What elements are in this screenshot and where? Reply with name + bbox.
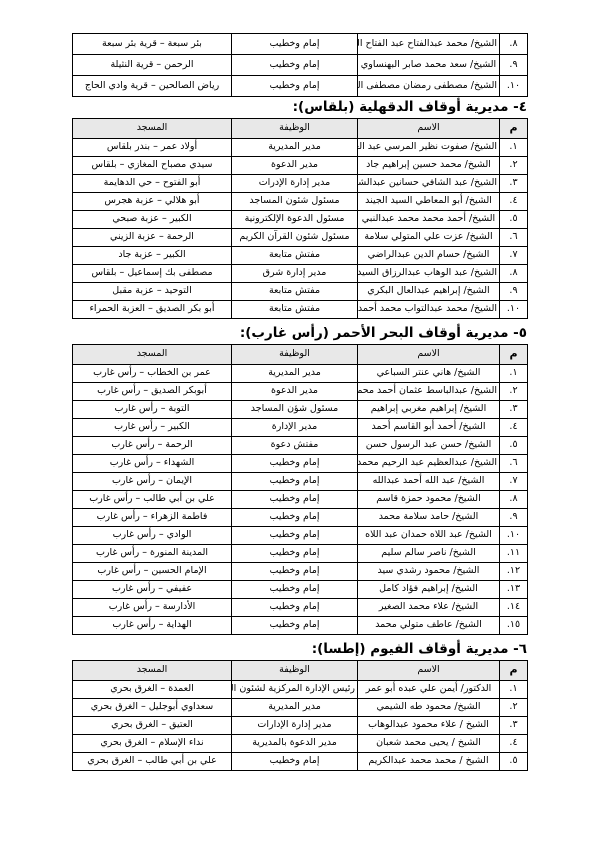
table-row: ٢.الشيخ/ محمد حسين إبراهيم جادمدير الدعو… xyxy=(73,157,528,175)
section-dakahlia-heading: ٤- مديرية أوقاف الدقهلية (بلقاس): xyxy=(72,99,527,115)
cell-name: الشيخ/ أحمد محمد محمد عبدالنبي xyxy=(358,211,500,229)
cell-job: مدير الدعوة بالمديرية xyxy=(232,735,358,753)
cell-mosque: الرحمة – عزبة الزيني xyxy=(73,229,232,247)
cell-job: مدير المديرية xyxy=(232,699,358,717)
cell-job: إمام وخطيب xyxy=(232,34,358,55)
cell-num: ٤. xyxy=(500,419,528,437)
cell-name: الشيخ/ عبد اللاه حمدان عبد اللاه xyxy=(358,527,500,545)
continuation-table: ٨.الشيخ/ محمد عبدالفتاح عبد الفتاح الجمل… xyxy=(72,33,528,97)
cell-num: ٥. xyxy=(500,753,528,771)
column-header-num: م xyxy=(500,661,528,681)
cell-name: الشيخ / يحيى محمد شعبان xyxy=(358,735,500,753)
column-header-mosque: المسجد xyxy=(73,661,232,681)
table-row: ٨.الشيخ/ محمود حمزة قاسمإمام وخطيبعلي بن… xyxy=(73,491,528,509)
cell-mosque: أولاد عمر – بندر بلقاس xyxy=(73,139,232,157)
cell-mosque: أبوبكر الصديق – رأس غارب xyxy=(73,383,232,401)
cell-name: الشيخ / علاء محمود عبدالوهاب xyxy=(358,717,500,735)
column-header-name: الاسم xyxy=(358,661,500,681)
cell-mosque: الإيمان – رأس غارب xyxy=(73,473,232,491)
table-row: ٣.الشيخ/ إبراهيم مغربي إبراهيممسئول شؤن … xyxy=(73,401,528,419)
cell-num: ١٠. xyxy=(500,76,528,97)
cell-num: ٥. xyxy=(500,211,528,229)
cell-num: ٣. xyxy=(500,717,528,735)
table-row: ٣.الشيخ/ عبد الشافي حسانين عبدالشافيمدير… xyxy=(73,175,528,193)
column-header-job: الوظيفة xyxy=(232,119,358,139)
cell-job: مدير إدارة الإدارات xyxy=(232,717,358,735)
cell-mosque: الإمام الحسين – رأس غارب xyxy=(73,563,232,581)
cell-job: مفتش متابعة xyxy=(232,283,358,301)
cell-mosque: التوبة – رأس غارب xyxy=(73,401,232,419)
cell-num: ١٣. xyxy=(500,581,528,599)
table-row: ١٠.الشيخ/ محمد عبدالتواب محمد أحمدمفتش م… xyxy=(73,301,528,319)
cell-name: الشيخ/ عبدالباسط عثمان أحمد محمد xyxy=(358,383,500,401)
cell-job: إمام وخطيب xyxy=(232,455,358,473)
cell-num: ٣. xyxy=(500,401,528,419)
cell-job: مدير الدعوة xyxy=(232,157,358,175)
table-row: ٥.الشيخ/ أحمد محمد محمد عبدالنبيمسئول ال… xyxy=(73,211,528,229)
cell-mosque: المدينة المنورة – رأس غارب xyxy=(73,545,232,563)
section-red-sea-table: م الاسم الوظيفة المسجد ١.الشيخ/ هاني عنت… xyxy=(72,344,528,635)
cell-name: الشيخ/ مصطفى رمضان مصطفى العراقي xyxy=(358,76,500,97)
cell-name: الشيخ / محمد محمد عبدالكريم xyxy=(358,753,500,771)
cell-num: ٩. xyxy=(500,55,528,76)
document-page: ٨.الشيخ/ محمد عبدالفتاح عبد الفتاح الجمل… xyxy=(0,0,595,771)
cell-name: الشيخ/ صفوت نظير المرسي عبد العزيز xyxy=(358,139,500,157)
table-row: ٧.الشيخ/ عبد الله أحمد عبداللهإمام وخطيب… xyxy=(73,473,528,491)
cell-job: إمام وخطيب xyxy=(232,545,358,563)
column-header-num: م xyxy=(500,345,528,365)
cell-name: الشيخ/ هاني عنتر السباعي xyxy=(358,365,500,383)
cell-name: الشيخ/ عبد الشافي حسانين عبدالشافي xyxy=(358,175,500,193)
cell-name: الشيخ/ عبد الله أحمد عبدالله xyxy=(358,473,500,491)
cell-name: الدكتور/ أيمن علي عبده أبو عمر xyxy=(358,681,500,699)
cell-num: ١١. xyxy=(500,545,528,563)
cell-job: إمام وخطيب xyxy=(232,509,358,527)
cell-name: الشيخ/ عزت علي المتولي سلامة xyxy=(358,229,500,247)
section-fayoum-heading: ٦- مديرية أوقاف الفيوم (إطسا): xyxy=(72,641,527,657)
table-row: ٨.الشيخ/ عبد الوهاب عبدالرزاق السيدمدير … xyxy=(73,265,528,283)
cell-num: ١. xyxy=(500,139,528,157)
column-header-name: الاسم xyxy=(358,119,500,139)
cell-job: إمام وخطيب xyxy=(232,599,358,617)
cell-job: إمام وخطيب xyxy=(232,491,358,509)
column-header-mosque: المسجد xyxy=(73,345,232,365)
cell-name: الشيخ/ محمد عبدالتواب محمد أحمد xyxy=(358,301,500,319)
cell-job: إمام وخطيب xyxy=(232,581,358,599)
cell-job: مدير الدعوة xyxy=(232,383,358,401)
section-fayoum-table: م الاسم الوظيفة المسجد ١.الدكتور/ أيمن ع… xyxy=(72,660,528,771)
cell-mosque: الكبير – عزبة جاد xyxy=(73,247,232,265)
section-fayoum-table-body: ١.الدكتور/ أيمن علي عبده أبو عمررئيس الإ… xyxy=(73,681,528,771)
cell-name: الشيخ/ عبد الوهاب عبدالرزاق السيد xyxy=(358,265,500,283)
table-row: ٦.الشيخ/ عبدالعظيم عبد الرحيم محمدإمام و… xyxy=(73,455,528,473)
table-row: ٢.الشيخ/ محمود طه الشيميمدير المديريةسعد… xyxy=(73,699,528,717)
table-row: ٨.الشيخ/ محمد عبدالفتاح عبد الفتاح الجمل… xyxy=(73,34,528,55)
table-row: ١٠.الشيخ/ عبد اللاه حمدان عبد اللاهإمام … xyxy=(73,527,528,545)
cell-num: ١٤. xyxy=(500,599,528,617)
cell-num: ١. xyxy=(500,365,528,383)
table-row: ٥.الشيخ/ حسن عبد الرسول حسنمفتش دعوةالرح… xyxy=(73,437,528,455)
cell-name: الشيخ/ حسن عبد الرسول حسن xyxy=(358,437,500,455)
cell-name: الشيخ/ إبراهيم عبدالعال البكري xyxy=(358,283,500,301)
table-row: ٤.الشيخ/ أبو المعاطي السيد الجيندمسئول ش… xyxy=(73,193,528,211)
cell-num: ٢. xyxy=(500,383,528,401)
table-header-row: م الاسم الوظيفة المسجد xyxy=(73,345,528,365)
cell-name: الشيخ/ حسام الدين عبدالراضي xyxy=(358,247,500,265)
table-row: ١٢.الشيخ/ محمود رشدي سيدإمام وخطيبالإمام… xyxy=(73,563,528,581)
table-row: ٤.الشيخ / يحيى محمد شعبانمدير الدعوة بال… xyxy=(73,735,528,753)
table-row: ١١.الشيخ/ ناصر سالم سليمإمام وخطيبالمدين… xyxy=(73,545,528,563)
cell-num: ١٥. xyxy=(500,617,528,635)
table-row: ٣.الشيخ / علاء محمود عبدالوهابمدير إدارة… xyxy=(73,717,528,735)
table-row: ٩.الشيخ/ إبراهيم عبدالعال البكريمفتش متا… xyxy=(73,283,528,301)
cell-name: الشيخ/ حامد سلامة محمد xyxy=(358,509,500,527)
cell-job: مسئول الدعوة الإلكترونية xyxy=(232,211,358,229)
cell-name: الشيخ/ عاطف متولي محمد xyxy=(358,617,500,635)
cell-mosque: أبو هلالي – عزبة هجرس xyxy=(73,193,232,211)
cell-job: مفتش متابعة xyxy=(232,301,358,319)
cell-num: ٩. xyxy=(500,283,528,301)
section-dakahlia-table: م الاسم الوظيفة المسجد ١.الشيخ/ صفوت نظي… xyxy=(72,118,528,319)
cell-job: مسئول شئون القرآن الكريم xyxy=(232,229,358,247)
cell-name: الشيخ/ علاء محمد الصغير xyxy=(358,599,500,617)
cell-mosque: الهداية – رأس غارب xyxy=(73,617,232,635)
cell-name: الشيخ/ محمود حمزة قاسم xyxy=(358,491,500,509)
cell-num: ٨. xyxy=(500,491,528,509)
cell-job: رئيس الإدارة المركزية لشئون الدعوة xyxy=(232,681,358,699)
cell-num: ١٠. xyxy=(500,301,528,319)
cell-mosque: علي بن أبي طالب – رأس غارب xyxy=(73,491,232,509)
cell-job: إمام وخطيب xyxy=(232,55,358,76)
table-row: ١٠.الشيخ/ مصطفى رمضان مصطفى العراقيإمام … xyxy=(73,76,528,97)
cell-job: مسئول شئون المساجد xyxy=(232,193,358,211)
table-row: ٦.الشيخ/ عزت علي المتولي سلامةمسئول شئون… xyxy=(73,229,528,247)
column-header-job: الوظيفة xyxy=(232,345,358,365)
cell-num: ٤. xyxy=(500,735,528,753)
cell-mosque: العتيق – الغرق بحري xyxy=(73,717,232,735)
cell-num: ١. xyxy=(500,681,528,699)
cell-name: الشيخ/ أحمد أبو القاسم أحمد xyxy=(358,419,500,437)
cell-num: ١٢. xyxy=(500,563,528,581)
cell-name: الشيخ/ عبدالعظيم عبد الرحيم محمد xyxy=(358,455,500,473)
table-row: ١٤.الشيخ/ علاء محمد الصغيرإمام وخطيبالأد… xyxy=(73,599,528,617)
cell-num: ٢. xyxy=(500,699,528,717)
cell-num: ٧. xyxy=(500,473,528,491)
cell-mosque: أبو بكر الصديق – العزبة الحمراء xyxy=(73,301,232,319)
cell-name: الشيخ/ محمد عبدالفتاح عبد الفتاح الجمل xyxy=(358,34,500,55)
column-header-mosque: المسجد xyxy=(73,119,232,139)
cell-mosque: نداء الإسلام – الغرق بحري xyxy=(73,735,232,753)
table-row: ٩.الشيخ/ حامد سلامة محمدإمام وخطيبفاطمة … xyxy=(73,509,528,527)
cell-job: مدير المديرية xyxy=(232,139,358,157)
cell-mosque: بئر سبعة – قرية بئر سبعة xyxy=(73,34,232,55)
cell-mosque: عمر بن الخطاب – رأس غارب xyxy=(73,365,232,383)
cell-mosque: فاطمة الزهراء – رأس غارب xyxy=(73,509,232,527)
cell-name: الشيخ/ إبراهيم فؤاد كامل xyxy=(358,581,500,599)
table-row: ٩.الشيخ/ سعد محمد صابر البهنساويإمام وخط… xyxy=(73,55,528,76)
cell-name: الشيخ/ محمود طه الشيمي xyxy=(358,699,500,717)
cell-name: الشيخ/ أبو المعاطي السيد الجيند xyxy=(358,193,500,211)
cell-num: ١٠. xyxy=(500,527,528,545)
cell-num: ٧. xyxy=(500,247,528,265)
cell-mosque: عفيفي – رأس غارب xyxy=(73,581,232,599)
cell-job: مدير المديرية xyxy=(232,365,358,383)
section-red-sea-heading: ٥- مديرية أوقاف البحر الأحمر (رأس غارب): xyxy=(72,325,527,341)
cell-num: ٨. xyxy=(500,265,528,283)
cell-job: مدير الإدارة xyxy=(232,419,358,437)
table-row: ١.الشيخ/ صفوت نظير المرسي عبد العزيزمدير… xyxy=(73,139,528,157)
cell-job: إمام وخطيب xyxy=(232,473,358,491)
cell-name: الشيخ/ محمد حسين إبراهيم جاد xyxy=(358,157,500,175)
cell-job: مفتش دعوة xyxy=(232,437,358,455)
table-row: ١.الدكتور/ أيمن علي عبده أبو عمررئيس الإ… xyxy=(73,681,528,699)
column-header-name: الاسم xyxy=(358,345,500,365)
cell-num: ٨. xyxy=(500,34,528,55)
table-header-row: م الاسم الوظيفة المسجد xyxy=(73,661,528,681)
cell-name: الشيخ/ إبراهيم مغربي إبراهيم xyxy=(358,401,500,419)
table-row: ١٣.الشيخ/ إبراهيم فؤاد كاملإمام وخطيبعفي… xyxy=(73,581,528,599)
cell-job: إمام وخطيب xyxy=(232,527,358,545)
table-row: ٥.الشيخ / محمد محمد عبدالكريمإمام وخطيبع… xyxy=(73,753,528,771)
cell-mosque: أبو الفتوح – حي الدهايمة xyxy=(73,175,232,193)
cell-num: ٩. xyxy=(500,509,528,527)
cell-job: مدير إدارة شرق xyxy=(232,265,358,283)
cell-mosque: الشهداء – رأس غارب xyxy=(73,455,232,473)
cell-num: ٦. xyxy=(500,229,528,247)
cell-job: مسئول شؤن المساجد xyxy=(232,401,358,419)
table-row: ١٥.الشيخ/ عاطف متولي محمدإمام وخطيبالهدا… xyxy=(73,617,528,635)
cell-name: الشيخ/ ناصر سالم سليم xyxy=(358,545,500,563)
column-header-num: م xyxy=(500,119,528,139)
cell-job: إمام وخطيب xyxy=(232,617,358,635)
cell-name: الشيخ/ سعد محمد صابر البهنساوي xyxy=(358,55,500,76)
cell-mosque: مصطفى بك إسماعيل – بلقاس xyxy=(73,265,232,283)
cell-mosque: الرحمة – رأس غارب xyxy=(73,437,232,455)
cell-mosque: الوادي – رأس غارب xyxy=(73,527,232,545)
cell-mosque: التوحيد – عزبة مقبل xyxy=(73,283,232,301)
section-dakahlia-table-body: ١.الشيخ/ صفوت نظير المرسي عبد العزيزمدير… xyxy=(73,139,528,319)
table-row: ١.الشيخ/ هاني عنتر السباعيمدير المديريةع… xyxy=(73,365,528,383)
section-red-sea-table-body: ١.الشيخ/ هاني عنتر السباعيمدير المديريةع… xyxy=(73,365,528,635)
cell-mosque: الرحمن – قرية النثيلة xyxy=(73,55,232,76)
cell-mosque: الأدارسة – رأس غارب xyxy=(73,599,232,617)
cell-name: الشيخ/ محمود رشدي سيد xyxy=(358,563,500,581)
cell-mosque: علي بن أبي طالب – الغرق بحري xyxy=(73,753,232,771)
cell-mosque: سعداوي أبوجليل – الغرق بحري xyxy=(73,699,232,717)
cell-mosque: العمدة – الغرق بحري xyxy=(73,681,232,699)
column-header-job: الوظيفة xyxy=(232,661,358,681)
cell-num: ٥. xyxy=(500,437,528,455)
cell-job: إمام وخطيب xyxy=(232,753,358,771)
cell-num: ٤. xyxy=(500,193,528,211)
cell-mosque: رياض الصالحين – قرية وادي الحاج xyxy=(73,76,232,97)
cell-job: إمام وخطيب xyxy=(232,76,358,97)
cell-job: مفتش متابعة xyxy=(232,247,358,265)
cell-job: مدير إدارة الإدرات xyxy=(232,175,358,193)
table-row: ٢.الشيخ/ عبدالباسط عثمان أحمد محمدمدير ا… xyxy=(73,383,528,401)
cell-num: ٢. xyxy=(500,157,528,175)
table-row: ٧.الشيخ/ حسام الدين عبدالراضيمفتش متابعة… xyxy=(73,247,528,265)
cell-mosque: الكبير – عزبة صبحي xyxy=(73,211,232,229)
table-row: ٤.الشيخ/ أحمد أبو القاسم أحمدمدير الإدار… xyxy=(73,419,528,437)
table-header-row: م الاسم الوظيفة المسجد xyxy=(73,119,528,139)
cell-job: إمام وخطيب xyxy=(232,563,358,581)
cell-mosque: سيدي مصباح المغازي – بلقاس xyxy=(73,157,232,175)
cell-num: ٦. xyxy=(500,455,528,473)
cell-mosque: الكبير – رأس غارب xyxy=(73,419,232,437)
cell-num: ٣. xyxy=(500,175,528,193)
continuation-table-body: ٨.الشيخ/ محمد عبدالفتاح عبد الفتاح الجمل… xyxy=(73,34,528,97)
